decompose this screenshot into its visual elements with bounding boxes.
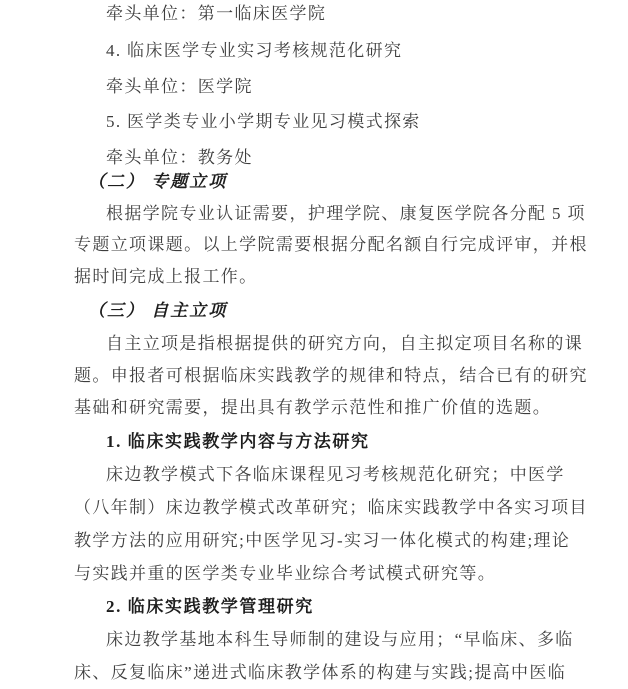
doc-line-para3-2: （八年制）床边教学模式改革研究；临床实践教学中各实习项目	[74, 498, 588, 518]
doc-line-para1-3: 据时间完成上报工作。	[74, 267, 258, 287]
doc-line-item-5: 5. 医学类专业小学期专业见习模式探索	[106, 112, 421, 132]
doc-line-lead-unit-3: 牵头单位：教务处	[106, 148, 253, 168]
doc-heading-topic-2: 2. 临床实践教学管理研究	[106, 597, 314, 617]
doc-line-para4-2: 床、反复临床”递进式临床教学体系的构建与实践;提高中医临	[74, 663, 566, 683]
doc-line-para3-3: 教学方法的应用研究;中医学见习-实习一体化模式的构建;理论	[74, 531, 570, 551]
doc-line-para2-1: 自主立项是指根据提供的研究方向，自主拟定项目名称的课	[106, 334, 583, 354]
doc-heading-topic-1: 1. 临床实践教学内容与方法研究	[106, 432, 370, 452]
doc-line-lead-unit-1: 牵头单位：第一临床医学院	[106, 4, 326, 24]
doc-line-para1-1: 根据学院专业认证需要，护理学院、康复医学院各分配 5 项	[106, 204, 586, 224]
doc-line-para3-4: 与实践并重的医学类专业毕业综合考试模式研究等。	[74, 564, 496, 584]
doc-line-item-4: 4. 临床医学专业实习考核规范化研究	[106, 41, 402, 61]
doc-line-para4-1: 床边教学基地本科生导师制的建设与应用；“早临床、多临	[106, 630, 574, 650]
doc-heading-section-3: （三） 自主立项	[88, 301, 227, 321]
doc-line-para3-1: 床边教学模式下各临床课程见习考核规范化研究；中医学	[106, 465, 565, 485]
doc-heading-section-2: （二） 专题立项	[88, 172, 227, 192]
doc-line-lead-unit-2: 牵头单位：医学院	[106, 77, 253, 97]
doc-line-para2-3: 基础和研究需要，提出具有教学示范性和推广价值的选题。	[74, 398, 551, 418]
doc-line-para2-2: 题。申报者可根据临床实践教学的规律和特点，结合已有的研究	[74, 366, 588, 386]
doc-line-para1-2: 专题立项课题。以上学院需要根据分配名额自行完成评审，并根	[74, 235, 588, 255]
document-page: 牵头单位：第一临床医学院 4. 临床医学专业实习考核规范化研究 牵头单位：医学院…	[0, 0, 628, 689]
